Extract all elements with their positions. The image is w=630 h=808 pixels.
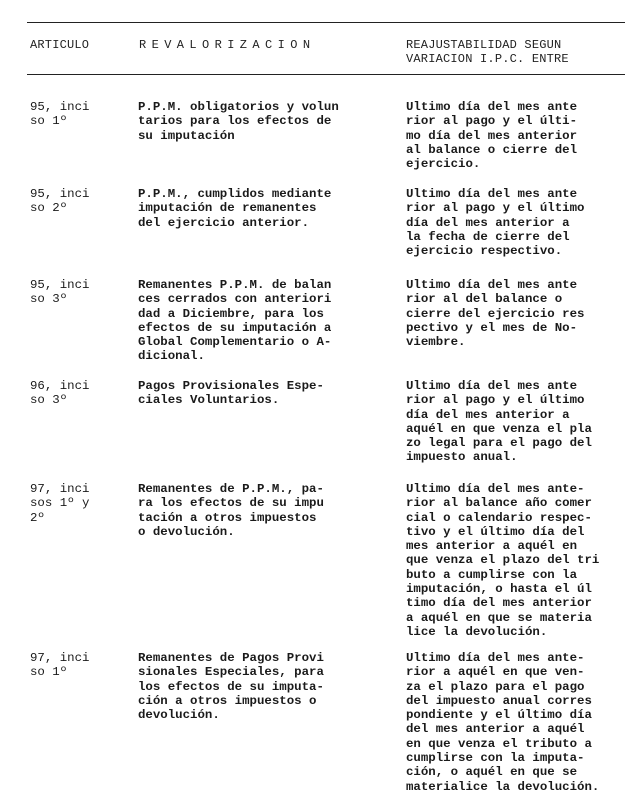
text-line: P.P.M. obligatorios y volun: [138, 100, 339, 114]
text-line: aquél en que venza el pla: [406, 422, 592, 436]
text-line: día del mes anterior a: [406, 408, 592, 422]
text-line: sionales Especiales, para: [138, 665, 324, 679]
text-line: timo día del mes anterior: [406, 596, 599, 610]
text-line: pondiente y el último día: [406, 708, 599, 722]
header-revalorizacion: REVALORIZACION: [139, 38, 315, 52]
text-line: ejercicio.: [406, 157, 577, 171]
reajustabilidad-cell: Ultimo día del mes anterior al pago y el…: [406, 187, 584, 258]
header-reajustabilidad: REAJUSTABILIDAD SEGUN VARIACION I.P.C. E…: [406, 38, 569, 66]
text-line: devolución.: [138, 708, 324, 722]
text-line: so 2º: [30, 201, 90, 215]
header-reajustabilidad-line: REAJUSTABILIDAD SEGUN: [406, 38, 569, 52]
text-line: tivo y el último día del: [406, 525, 599, 539]
text-line: 95, inci: [30, 187, 90, 201]
text-line: zo legal para el pago del: [406, 436, 592, 450]
header-articulo: ARTICULO: [30, 38, 89, 52]
text-line: P.P.M., cumplidos mediante: [138, 187, 331, 201]
text-line: mo día del mes anterior: [406, 129, 577, 143]
text-line: día del mes anterior a: [406, 216, 584, 230]
articulo-cell: 95, inciso 2º: [30, 187, 90, 216]
text-line: cierre del ejercicio res: [406, 307, 584, 321]
text-line: ciales Voluntarios.: [138, 393, 324, 407]
header-bottom-rule: [27, 74, 625, 75]
text-line: del mes anterior a aquél: [406, 722, 599, 736]
text-line: rior al del balance o: [406, 292, 584, 306]
reajustabilidad-cell: Ultimo día del mes ante-rior a aquél en …: [406, 651, 599, 794]
text-line: su imputación: [138, 129, 339, 143]
text-line: 97, inci: [30, 651, 90, 665]
text-line: a aquél en que se materia: [406, 611, 599, 625]
text-line: so 3º: [30, 393, 90, 407]
text-line: en que venza el tributo a: [406, 737, 599, 751]
text-line: los efectos de su imputa-: [138, 680, 324, 694]
text-line: impuesto anual.: [406, 450, 592, 464]
text-line: ejercicio respectivo.: [406, 244, 584, 258]
text-line: so 1º: [30, 665, 90, 679]
text-line: buto a cumplirse con la: [406, 568, 599, 582]
articulo-cell: 96, inciso 3º: [30, 379, 90, 408]
revalorizacion-cell: Remanentes de Pagos Provisionales Especi…: [138, 651, 324, 722]
text-line: 95, inci: [30, 278, 90, 292]
text-line: ción a otros impuestos o: [138, 694, 324, 708]
reajustabilidad-cell: Ultimo día del mes anterior al pago y el…: [406, 100, 577, 171]
reajustabilidad-cell: Ultimo día del mes ante-rior al balance …: [406, 482, 599, 639]
revalorizacion-cell: Remanentes de P.P.M., pa-ra los efectos …: [138, 482, 324, 539]
reajustabilidad-cell: Ultimo día del mes anterior al del balan…: [406, 278, 584, 349]
articulo-cell: 95, inciso 3º: [30, 278, 90, 307]
text-line: Remanentes de Pagos Provi: [138, 651, 324, 665]
text-line: ción, o aquél en que se: [406, 765, 599, 779]
text-line: Global Complementario o A-: [138, 335, 331, 349]
text-line: efectos de su imputación a: [138, 321, 331, 335]
text-line: Pagos Provisionales Espe-: [138, 379, 324, 393]
text-line: Ultimo día del mes ante: [406, 100, 577, 114]
header-top-rule: [27, 22, 625, 23]
text-line: lice la devolución.: [406, 625, 599, 639]
text-line: za el plazo para el pago: [406, 680, 599, 694]
revalorizacion-cell: P.P.M., cumplidos medianteimputación de …: [138, 187, 331, 230]
text-line: cumplirse con la imputa-: [406, 751, 599, 765]
text-line: tación a otros impuestos: [138, 511, 324, 525]
text-line: sos 1º y: [30, 496, 90, 510]
text-line: rior al balance año comer: [406, 496, 599, 510]
text-line: o devolución.: [138, 525, 324, 539]
text-line: Ultimo día del mes ante-: [406, 482, 599, 496]
text-line: viembre.: [406, 335, 584, 349]
text-line: 95, inci: [30, 100, 90, 114]
text-line: ra los efectos de su impu: [138, 496, 324, 510]
revalorizacion-cell: Pagos Provisionales Espe-ciales Voluntar…: [138, 379, 324, 408]
text-line: mes anterior a aquél en: [406, 539, 599, 553]
text-line: al balance o cierre del: [406, 143, 577, 157]
text-line: cial o calendario respec-: [406, 511, 599, 525]
text-line: rior al pago y el último: [406, 201, 584, 215]
text-line: del ejercicio anterior.: [138, 216, 331, 230]
text-line: so 1º: [30, 114, 90, 128]
text-line: del impuesto anual corres: [406, 694, 599, 708]
articulo-cell: 97, inciso 1º: [30, 651, 90, 680]
text-line: rior a aquél en que ven-: [406, 665, 599, 679]
text-line: rior al pago y el último: [406, 393, 592, 407]
text-line: imputación, o hasta el úl: [406, 582, 599, 596]
text-line: so 3º: [30, 292, 90, 306]
text-line: dad a Diciembre, para los: [138, 307, 331, 321]
text-line: Ultimo día del mes ante-: [406, 651, 599, 665]
articulo-cell: 95, inciso 1º: [30, 100, 90, 129]
text-line: rior al pago y el últi-: [406, 114, 577, 128]
text-line: dicional.: [138, 349, 331, 363]
text-line: 97, inci: [30, 482, 90, 496]
text-line: 2º: [30, 511, 90, 525]
text-line: Ultimo día del mes ante: [406, 187, 584, 201]
text-line: materialice la devolución.: [406, 780, 599, 794]
text-line: 96, inci: [30, 379, 90, 393]
text-line: que venza el plazo del tri: [406, 553, 599, 567]
text-line: Remanentes P.P.M. de balan: [138, 278, 331, 292]
text-line: ces cerrados con anteriori: [138, 292, 331, 306]
revalorizacion-cell: Remanentes P.P.M. de balances cerrados c…: [138, 278, 331, 364]
text-line: Remanentes de P.P.M., pa-: [138, 482, 324, 496]
revalorizacion-cell: P.P.M. obligatorios y voluntarios para l…: [138, 100, 339, 143]
text-line: Ultimo día del mes ante: [406, 379, 592, 393]
text-line: tarios para los efectos de: [138, 114, 339, 128]
reajustabilidad-cell: Ultimo día del mes anterior al pago y el…: [406, 379, 592, 465]
text-line: pectivo y el mes de No-: [406, 321, 584, 335]
articulo-cell: 97, incisos 1º y2º: [30, 482, 90, 525]
text-line: la fecha de cierre del: [406, 230, 584, 244]
header-reajustabilidad-line: VARIACION I.P.C. ENTRE: [406, 52, 569, 66]
text-line: imputación de remanentes: [138, 201, 331, 215]
text-line: Ultimo día del mes ante: [406, 278, 584, 292]
